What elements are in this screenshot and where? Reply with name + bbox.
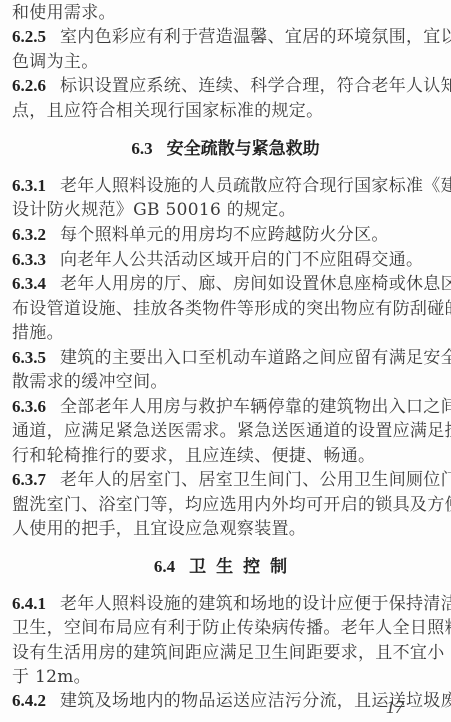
paragraph-line: 散需求的缓冲空间。 bbox=[12, 371, 440, 393]
clause-6-3-6: 6.3.6全部老年人用房与救护车辆停靠的建筑物出入口之间的 bbox=[12, 396, 440, 418]
line-text: 人使用的把手，且宜设应急观察装置。 bbox=[12, 519, 306, 539]
line-text: 点，且应符合相关现行国家标准的规定。 bbox=[12, 101, 323, 121]
clause-text: 老年人照料设施的建筑和场地的设计应便于保持清洁、 bbox=[60, 594, 451, 614]
clause-6-3-3: 6.3.3向老年人公共活动区域开启的门不应阻碍交通。 bbox=[12, 249, 440, 271]
line-text: 行和轮椅推行的要求，且应连续、便捷、畅通。 bbox=[12, 446, 375, 466]
clause-text: 老年人用房的厅、廊、房间如设置休息座椅或休息区、 bbox=[60, 274, 451, 294]
section-number: 6.3 bbox=[131, 139, 152, 158]
line-text: 卫生，空间布局应有利于防止传染病传播。老年人全日照料设施 bbox=[12, 618, 451, 638]
clause-text: 标识设置应系统、连续、科学合理，符合老年人认知特 bbox=[60, 76, 451, 96]
clause-6-3-4: 6.3.4老年人用房的厅、廊、房间如设置休息座椅或休息区、 bbox=[12, 273, 440, 295]
clause-number: 6.3.4 bbox=[12, 274, 46, 293]
paragraph-line: 通道，应满足紧急送医需求。紧急送医通道的设置应满足担架抬 bbox=[12, 420, 440, 442]
clause-6-2-6: 6.2.6标识设置应系统、连续、科学合理，符合老年人认知特 bbox=[12, 75, 440, 97]
clause-number: 6.4.1 bbox=[12, 594, 46, 613]
paragraph-line: 行和轮椅推行的要求，且应连续、便捷、畅通。 bbox=[12, 445, 440, 467]
paragraph-line: 点，且应符合相关现行国家标准的规定。 bbox=[12, 100, 440, 122]
paragraph-line: 设有生活用房的建筑间距应满足卫生间距要求，且不宜小 bbox=[12, 642, 440, 664]
section-title: 安全疏散与紧急救助 bbox=[167, 139, 320, 159]
document-page: 和使用需求。 6.2.5室内色彩应有利于营造温馨、宜居的环境氛围，宜以暖 色调为… bbox=[0, 0, 451, 722]
line-text: 盥洗室门、浴室门等，均应选用内外均可开启的锁具及方便老年 bbox=[12, 495, 451, 515]
clause-text: 建筑的主要出入口至机动车道路之间应留有满足安全疏 bbox=[60, 348, 451, 368]
clause-text: 老年人的居室门、居室卫生间门、公用卫生间厕位门、 bbox=[60, 470, 451, 490]
section-heading-6-4: 6.4卫生控制 bbox=[0, 556, 451, 578]
section-number: 6.4 bbox=[154, 557, 175, 576]
clause-number: 6.4.2 bbox=[12, 691, 46, 710]
paragraph-line: 和使用需求。 bbox=[12, 2, 440, 24]
line-text: 于 12m。 bbox=[12, 667, 91, 687]
clause-text: 全部老年人用房与救护车辆停靠的建筑物出入口之间的 bbox=[60, 397, 451, 417]
line-text: 设计防火规范》GB 50016 的规定。 bbox=[12, 200, 296, 220]
page-number: 17 bbox=[386, 697, 404, 718]
clause-number: 6.2.5 bbox=[12, 27, 46, 46]
clause-6-3-2: 6.3.2每个照料单元的用房均不应跨越防火分区。 bbox=[12, 224, 440, 246]
paragraph-line: 设计防火规范》GB 50016 的规定。 bbox=[12, 199, 440, 221]
paragraph-line: 于 12m。 bbox=[12, 666, 440, 688]
paragraph-line: 人使用的把手，且宜设应急观察装置。 bbox=[12, 518, 440, 540]
clause-number: 6.3.2 bbox=[12, 225, 46, 244]
clause-number: 6.3.5 bbox=[12, 348, 46, 367]
clause-6-2-5: 6.2.5室内色彩应有利于营造温馨、宜居的环境氛围，宜以暖 bbox=[12, 26, 440, 48]
line-text: 通道，应满足紧急送医需求。紧急送医通道的设置应满足担架抬 bbox=[12, 421, 451, 441]
clause-text: 老年人照料设施的人员疏散应符合现行国家标准《建筑 bbox=[60, 176, 451, 196]
paragraph-line: 布设管道设施、挂放各类物件等形成的突出物应有防刮碰的保护 bbox=[12, 298, 440, 320]
clause-number: 6.3.3 bbox=[12, 250, 46, 269]
clause-6-3-1: 6.3.1老年人照料设施的人员疏散应符合现行国家标准《建筑 bbox=[12, 175, 440, 197]
clause-6-4-2: 6.4.2建筑及场地内的物品运送应洁污分流，且运送垃圾废物、 bbox=[12, 690, 440, 712]
clause-number: 6.3.7 bbox=[12, 470, 46, 489]
clause-6-3-7: 6.3.7老年人的居室门、居室卫生间门、公用卫生间厕位门、 bbox=[12, 469, 440, 491]
line-text: 散需求的缓冲空间。 bbox=[12, 372, 168, 392]
clause-number: 6.3.6 bbox=[12, 397, 46, 416]
clause-6-4-1: 6.4.1老年人照料设施的建筑和场地的设计应便于保持清洁、 bbox=[12, 593, 440, 615]
line-text: 措施。 bbox=[12, 323, 64, 343]
paragraph-line: 卫生，空间布局应有利于防止传染病传播。老年人全日照料设施 bbox=[12, 617, 440, 639]
clause-text: 每个照料单元的用房均不应跨越防火分区。 bbox=[60, 225, 389, 245]
line-text: 设有生活用房的建筑间距应满足卫生间距要求，且不宜小 bbox=[12, 643, 445, 663]
line-text: 色调为主。 bbox=[12, 52, 99, 72]
section-heading-6-3: 6.3安全疏散与紧急救助 bbox=[0, 138, 451, 160]
line-text: 布设管道设施、挂放各类物件等形成的突出物应有防刮碰的保护 bbox=[12, 299, 451, 319]
paragraph-line: 盥洗室门、浴室门等，均应选用内外均可开启的锁具及方便老年 bbox=[12, 494, 440, 516]
clause-text: 向老年人公共活动区域开启的门不应阻碍交通。 bbox=[60, 250, 423, 270]
clause-number: 6.2.6 bbox=[12, 76, 46, 95]
paragraph-line: 措施。 bbox=[12, 322, 440, 344]
clause-text: 室内色彩应有利于营造温馨、宜居的环境氛围，宜以暖 bbox=[60, 27, 451, 47]
clause-6-3-5: 6.3.5建筑的主要出入口至机动车道路之间应留有满足安全疏 bbox=[12, 347, 440, 369]
clause-number: 6.3.1 bbox=[12, 176, 46, 195]
section-title: 卫生控制 bbox=[189, 557, 297, 577]
paragraph-line: 色调为主。 bbox=[12, 51, 440, 73]
line-text: 和使用需求。 bbox=[12, 3, 116, 23]
